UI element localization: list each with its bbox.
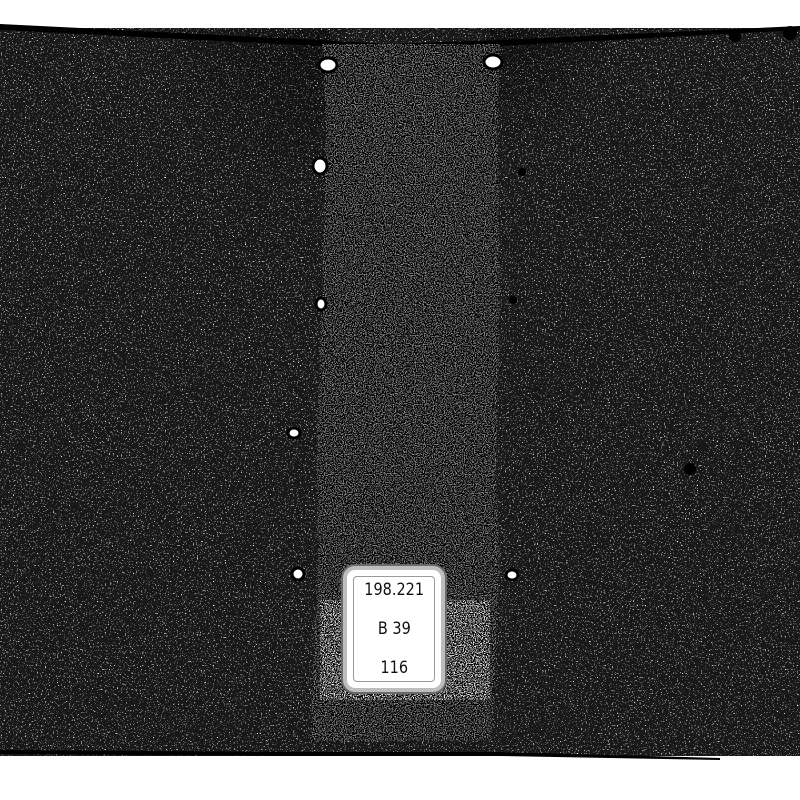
call-number-class: 198.221 [364, 580, 424, 600]
call-number-item: 116 [380, 658, 408, 678]
call-number-cutter: B 39 [378, 619, 411, 639]
call-number-label: 198.221 B 39 116 [347, 570, 441, 688]
